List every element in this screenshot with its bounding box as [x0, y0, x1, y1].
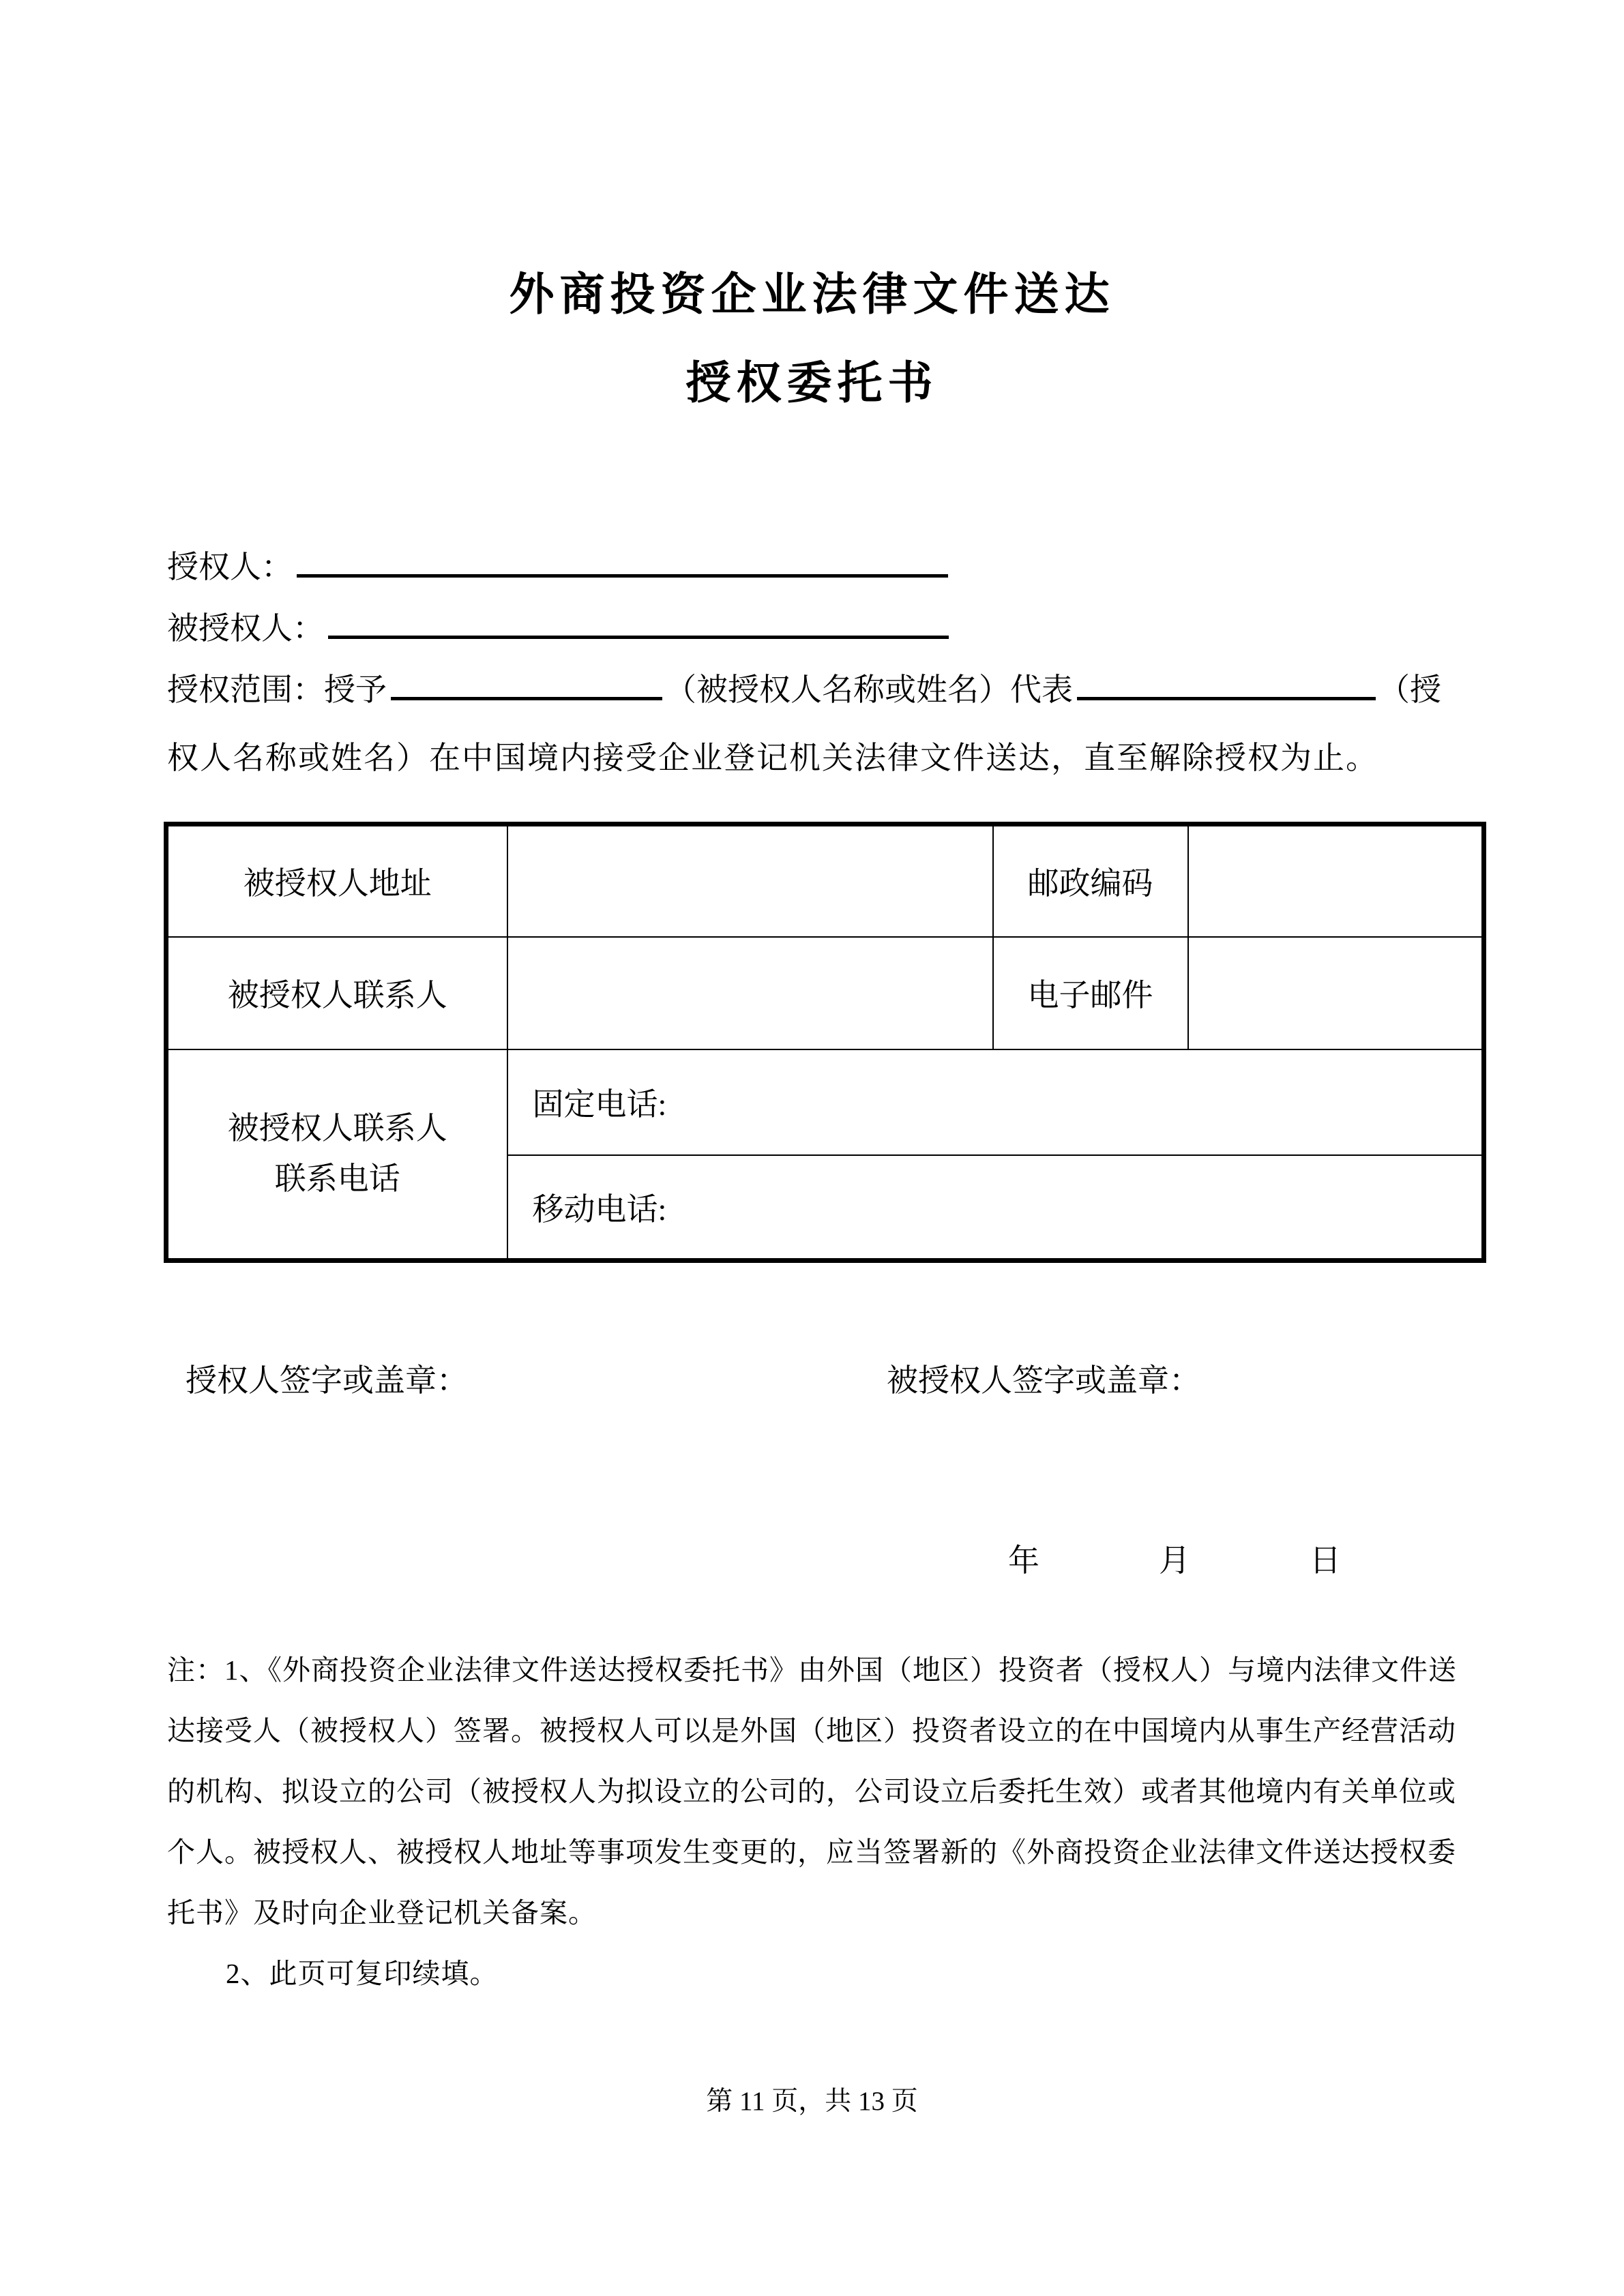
document-title-line1: 外商投资企业法律文件送达	[0, 258, 1624, 323]
scope-mid: （被授权人名称或姓名）代表	[665, 672, 1073, 707]
document-page: 外商投资企业法律文件送达 授权委托书 授权人： 被授权人： 授权范围：授予（被授…	[0, 0, 1624, 2296]
postcode-value-cell	[1188, 824, 1484, 937]
document-title-line2: 授权委托书	[0, 346, 1624, 411]
fixed-phone-cell: 固定电话:	[507, 1049, 1484, 1155]
page-number: 第 11 页，共 13 页	[0, 2080, 1624, 2118]
phone-label-line1: 被授权人联系人	[168, 1103, 507, 1154]
date-line: 年 月 日	[1008, 1536, 1341, 1581]
contact-value-cell	[507, 937, 993, 1049]
postcode-label-cell: 邮政编码	[993, 824, 1188, 937]
contact-label-cell: 被授权人联系人	[166, 937, 507, 1049]
note-line-4: 个人。被授权人、被授权人地址等事项发生变更的，应当签署新的《外商投资企业法律文件…	[167, 1822, 1462, 1883]
authorizer-blank-line	[297, 544, 948, 578]
phone-label-cell: 被授权人联系人 联系电话	[166, 1049, 507, 1261]
address-label-cell: 被授权人地址	[166, 824, 507, 937]
table-row-contact: 被授权人联系人 电子邮件	[166, 937, 1484, 1049]
phone-label-line2: 联系电话	[168, 1154, 507, 1204]
authorizer-label: 授权人：	[167, 550, 293, 584]
scope-suffix: （授	[1378, 672, 1441, 707]
note-line-6: 2、此页可复印续填。	[167, 1943, 1462, 2004]
scope-blank-line-1	[391, 667, 662, 700]
month-label: 月	[1159, 1536, 1190, 1581]
scope-prefix: 授权范围：授予	[167, 672, 387, 707]
authorizee-field: 被授权人：	[167, 603, 949, 648]
address-value-cell	[507, 824, 993, 937]
authorization-scope-line1: 授权范围：授予（被授权人名称或姓名）代表（授	[167, 665, 1441, 710]
authorizee-label: 被授权人：	[167, 611, 324, 646]
authorizer-signature-label: 授权人签字或盖章：	[186, 1356, 468, 1401]
note-line-5: 托书》及时向企业登记机关备案。	[167, 1883, 1462, 1943]
note-line-3: 的机构、拟设立的公司（被授权人为拟设立的公司的，公司设立后委托生效）或者其他境内…	[167, 1761, 1462, 1822]
note-line-1: 注：1、《外商投资企业法律文件送达授权委托书》由外国（地区）投资者（授权人）与境…	[167, 1640, 1462, 1701]
table-row-address: 被授权人地址 邮政编码	[166, 824, 1484, 937]
authorizee-contact-table: 被授权人地址 邮政编码 被授权人联系人 电子邮件 被授权人联系人 联系电话 固定…	[164, 822, 1486, 1263]
year-label: 年	[1008, 1536, 1039, 1581]
authorizee-signature-label: 被授权人签字或盖章：	[887, 1356, 1200, 1401]
note-line-2: 达接受人（被授权人）签署。被授权人可以是外国（地区）投资者设立的在中国境内从事生…	[167, 1701, 1462, 1761]
email-label-cell: 电子邮件	[993, 937, 1188, 1049]
scope-blank-line-2	[1077, 667, 1376, 700]
authorizee-blank-line	[328, 606, 949, 639]
authorizer-field: 授权人：	[167, 542, 948, 587]
day-label: 日	[1310, 1536, 1341, 1581]
table-row-fixed-phone: 被授权人联系人 联系电话 固定电话:	[166, 1049, 1484, 1155]
notes-block: 注：1、《外商投资企业法律文件送达授权委托书》由外国（地区）投资者（授权人）与境…	[167, 1640, 1462, 2004]
email-value-cell	[1188, 937, 1484, 1049]
authorization-scope-line2: 权人名称或姓名）在中国境内接受企业登记机关法律文件送达，直至解除授权为止。	[167, 733, 1460, 778]
mobile-phone-cell: 移动电话:	[507, 1155, 1484, 1261]
